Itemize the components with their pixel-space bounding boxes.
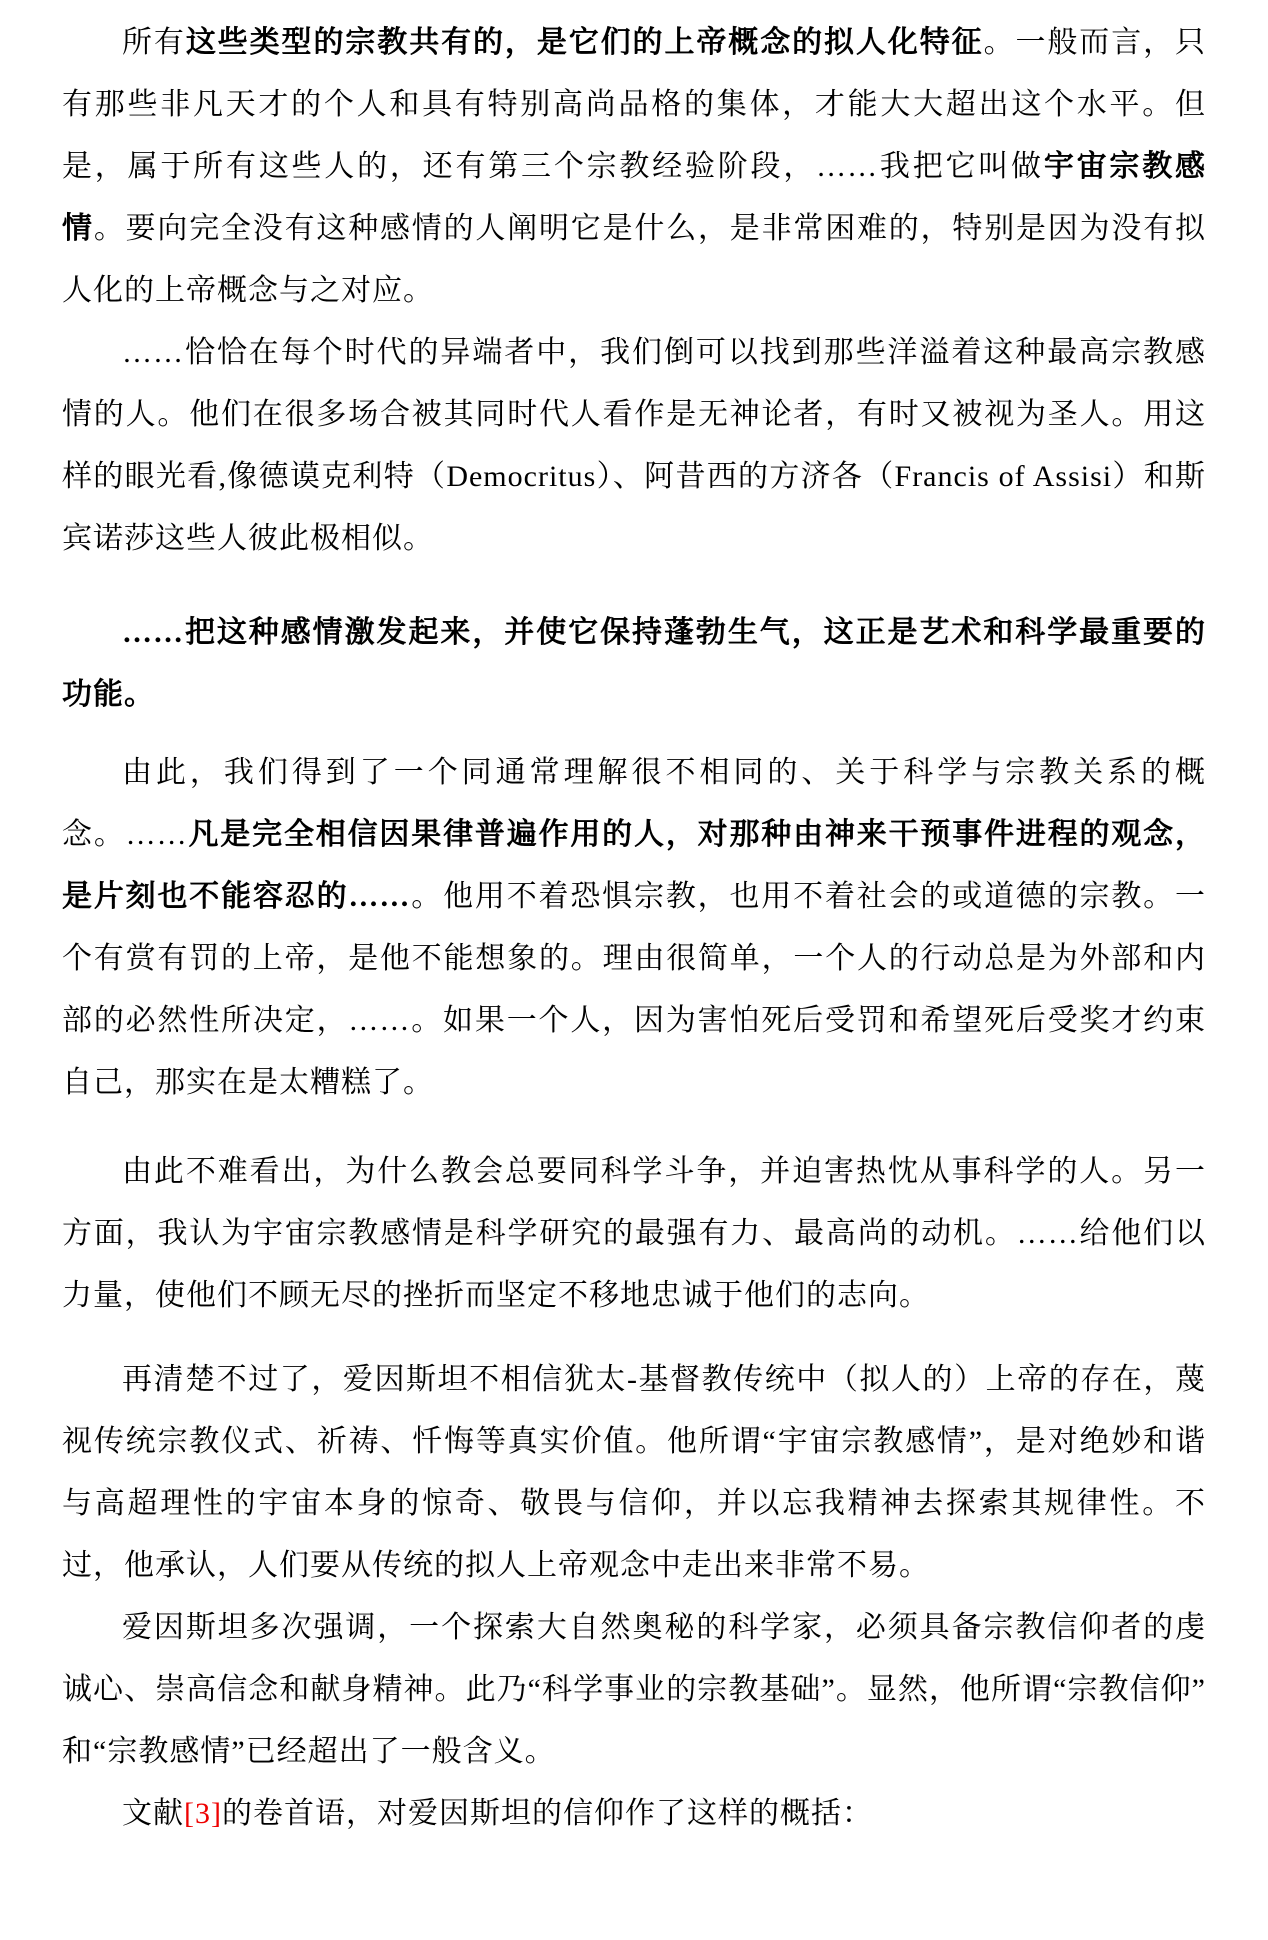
paragraph-6: 再清楚不过了，爱因斯坦不相信犹太-基督教传统中（拟人的）上帝的存在，蔑视传统宗教…	[62, 1349, 1206, 1597]
text-run: 所有	[122, 26, 186, 59]
text-run: 再清楚不过了，爱因斯坦不相信犹太-基督教传统中（拟人的）上帝的存在，蔑视传统宗教…	[62, 1363, 1206, 1582]
text-run: ……恰恰在每个时代的异端者中，我们倒可以找到那些洋溢着这种最高宗教感情的人。他们…	[62, 336, 1206, 555]
text-run: 。要向完全没有这种感情的人阐明它是什么，是非常困难的，特别是因为没有拟人化的上帝…	[62, 212, 1206, 307]
text-run: 的卷首语，对爱因斯坦的信仰作了这样的概括：	[222, 1797, 873, 1830]
paragraph-7: 爱因斯坦多次强调，一个探索大自然奥秘的科学家，必须具备宗教信仰者的虔诚心、崇高信…	[62, 1597, 1206, 1783]
document-page: 所有这些类型的宗教共有的，是它们的上帝概念的拟人化特征。一般而言，只有那些非凡天…	[0, 0, 1268, 1940]
text-run: 爱因斯坦多次强调，一个探索大自然奥秘的科学家，必须具备宗教信仰者的虔诚心、崇高信…	[62, 1611, 1206, 1768]
text-run: 文献	[122, 1797, 184, 1830]
paragraph-2: ……恰恰在每个时代的异端者中，我们倒可以找到那些洋溢着这种最高宗教感情的人。他们…	[62, 322, 1206, 570]
paragraph-1: 所有这些类型的宗教共有的，是它们的上帝概念的拟人化特征。一般而言，只有那些非凡天…	[62, 12, 1206, 322]
paragraph-4: 由此，我们得到了一个同通常理解很不相同的、关于科学与宗教关系的概念。……凡是完全…	[62, 742, 1206, 1114]
text-run-bold: ……把这种感情激发起来，并使它保持蓬勃生气，这正是艺术和科学最重要的功能。	[62, 616, 1206, 711]
text-run: 由此不难看出，为什么教会总要同科学斗争，并迫害热忱从事科学的人。另一方面，我认为…	[62, 1155, 1206, 1312]
paragraph-8: 文献[3]的卷首语，对爱因斯坦的信仰作了这样的概括：	[62, 1783, 1206, 1845]
text-run-bold: 这些类型的宗教共有的，是它们的上帝概念的拟人化特征	[186, 26, 984, 59]
citation-ref-3[interactable]: [3]	[184, 1797, 222, 1830]
paragraph-3-bold-quote: ……把这种感情激发起来，并使它保持蓬勃生气，这正是艺术和科学最重要的功能。	[62, 602, 1206, 726]
paragraph-5: 由此不难看出，为什么教会总要同科学斗争，并迫害热忱从事科学的人。另一方面，我认为…	[62, 1141, 1206, 1327]
